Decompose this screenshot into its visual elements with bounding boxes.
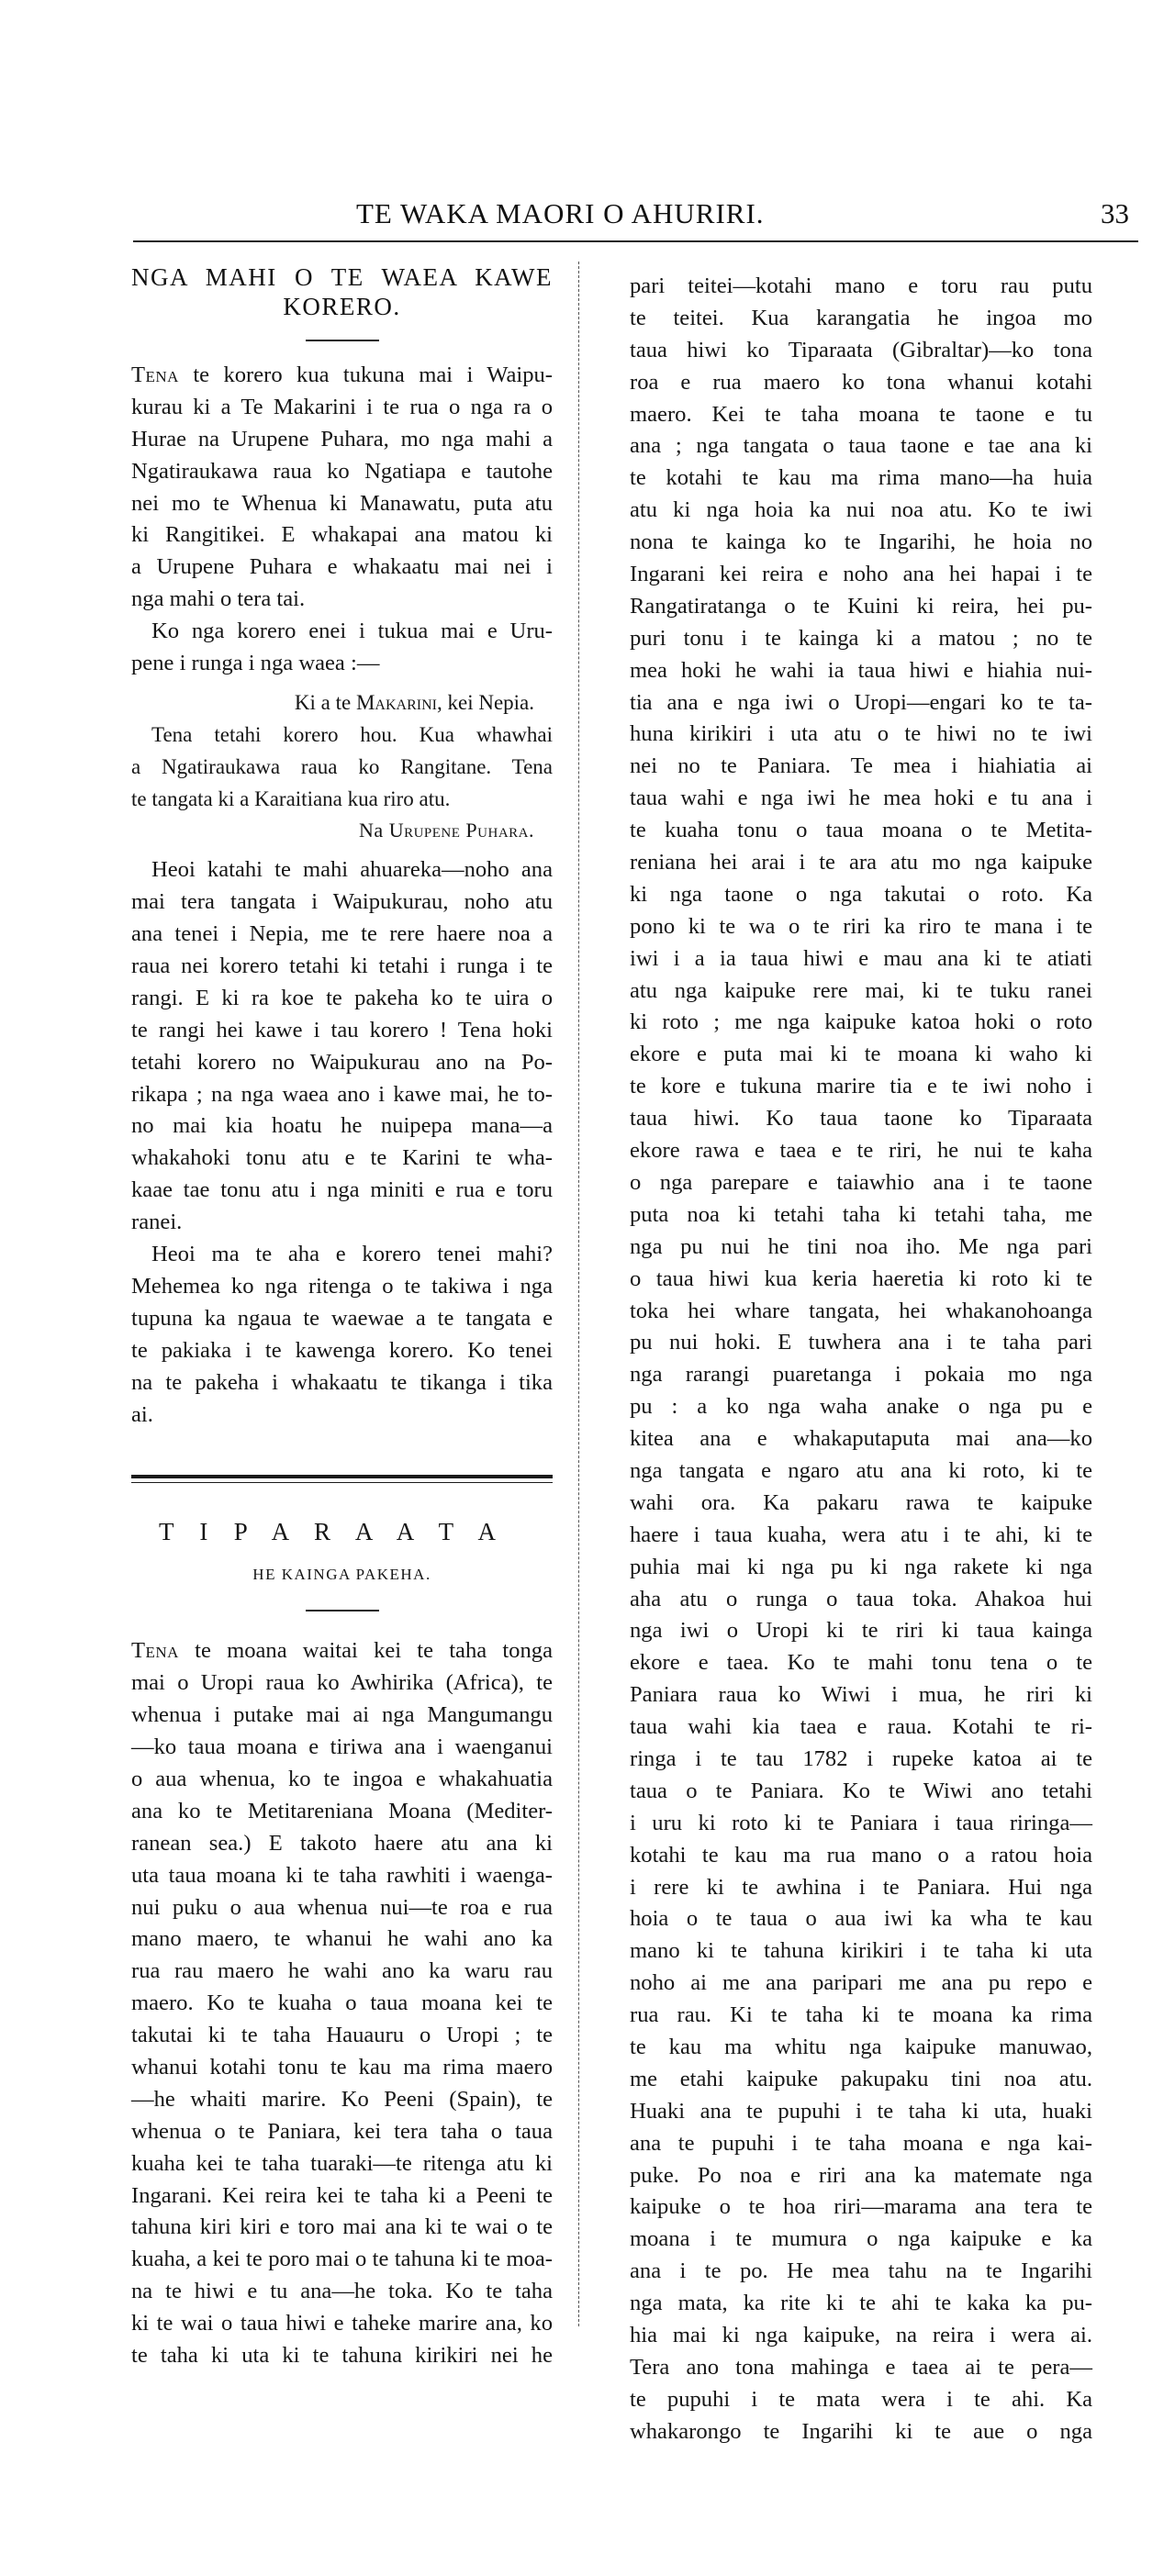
address-prefix: Ki a te [295, 691, 356, 714]
text-line: mai tera tangata i Waipukurau, noho atu [131, 887, 553, 919]
text-line: ringa i te tau 1782 i rupeke katoa ai te [630, 1744, 1092, 1776]
text-line: Rangatiratanga o te Kuini ki reira, hei … [630, 591, 1092, 623]
article-subtitle: HE KAINGA PAKEHA. [131, 1566, 553, 1584]
text-line: puhia mai ki nga pu ki nga rakete ki nga [630, 1552, 1092, 1584]
text-line: ranei. [131, 1207, 553, 1239]
text-line: aha atu o runga o taua toka. Ahakoa hui [630, 1584, 1092, 1616]
text-line: na te pakeha i whakaatu te tikanga i tik… [131, 1367, 553, 1400]
text-line: Tera ano tona mahinga e taea ai te pera— [630, 2352, 1092, 2384]
text-line: ki roto ; me nga kaipuke katoa hoki o ro… [630, 1007, 1092, 1039]
text-line: Tena tetahi korero hou. Kua whawhai [131, 719, 553, 752]
text-line: ana i te po. He mea tahu na te Ingarihi [630, 2256, 1092, 2288]
text-line: Heoi katahi te mahi ahuareka—noho ana [131, 854, 553, 887]
text-line: moana i te mumura o nga kaipuke e ka [630, 2224, 1092, 2256]
text-line: taua o te Paniara. Ko te Wiwi ano tetahi [630, 1776, 1092, 1808]
paragraph-1: Tena te korero kua tukuna mai i Waipu- k… [131, 360, 553, 616]
text-line: a Urupene Puhara e whakaatu mai nei i [131, 552, 553, 584]
text-line: roa e rua maero ko tona whanui kotahi [630, 367, 1092, 399]
text-line: te tangata ki a Karaitiana kua riro atu. [131, 784, 553, 816]
text-line: nei mo te Whenua ki Manawatu, puta atu [131, 488, 553, 520]
text-line: ana te pupuhi i te taha moana e nga kai- [630, 2128, 1092, 2160]
headline-rule [306, 340, 379, 341]
text-line: nui puku o aua whenua nui—te roa e rua [131, 1892, 553, 1924]
text-line: noho ai me ana paripari me ana pu repo e [630, 1968, 1092, 2000]
text-line: mano ki te tahuna kirikiri i te taha ki … [630, 1935, 1092, 1968]
left-column: NGA MAHI O TE WAEA KAWE KORERO. Tena te … [131, 259, 553, 2372]
text-line: rua rau maero he wahi ano ka waru rau [131, 1956, 553, 1988]
text-line: kuaha, a kei te poro mai o te tahuna ki … [131, 2244, 553, 2276]
telegram: Ki a te Makarini, kei Nepia. Tena tetahi… [131, 687, 553, 847]
text-line: uta taua moana ki te taha rawhiti i waen… [131, 1860, 553, 1892]
text-line: te teitei. Kua karangatia he ingoa mo [630, 303, 1092, 335]
text-line: puke. Po noa e riri ana ka matemate nga [630, 2160, 1092, 2192]
lead-word: Tena [131, 362, 179, 387]
text-line: kaae tae tonu atu i nga miniti e rua e t… [131, 1175, 553, 1207]
article-headline-telegraph: NGA MAHI O TE WAEA KAWE KORERO. [131, 262, 553, 321]
text-line: pono ki te wa o te riri ka riro te mana … [630, 911, 1092, 943]
text-line: ekore rawa e taea e te riri, he nui te k… [630, 1135, 1092, 1167]
text-line: raua nei korero tetahi ki tetahi i runga… [131, 951, 553, 983]
article-separator-rule [131, 1475, 553, 1483]
text-line: tetahi korero no Waipukurau ano na Po- [131, 1047, 553, 1079]
text-line: te pakiaka i te kawenga korero. Ko tenei [131, 1335, 553, 1367]
text-line: mano maero, te whanui he wahi ano ka [131, 1924, 553, 1956]
text-line: Paniara raua ko Wiwi i mua, he riri ki [630, 1679, 1092, 1712]
headline-line-1: NGA MAHI O TE WAEA KAWE [131, 262, 553, 292]
text-line: te kotahi te kau ma rima mano—ha huia [630, 463, 1092, 495]
text-line: —he whaiti marire. Ko Peeni (Spain), te [131, 2084, 553, 2116]
running-head: TE WAKA MAORI O AHURIRI. 33 [138, 197, 1138, 234]
text-line: ekore e puta mai ki te moana ki waho ki [630, 1039, 1092, 1071]
text-line: huna kirikiri i uta atu o te hiwi no te … [630, 719, 1092, 751]
text-line: o taua hiwi kua keria haeretia ki roto k… [630, 1264, 1092, 1296]
text-line: kurau ki a Te Makarini i te rua o nga ra… [131, 392, 553, 424]
text-line: te korero kua tukuna mai i Waipu- [179, 362, 553, 387]
header-rule [133, 240, 1138, 242]
text-line: taua wahi kia taea e raua. Kotahi te ri- [630, 1712, 1092, 1744]
text-line: tupuna ka ngaua te waewae a te tangata e [131, 1303, 553, 1335]
text-line: whenua i putake mai ai nga Mangumangu [131, 1700, 553, 1732]
text-line: atu nga kaipuke rere mai, ki te tuku ran… [630, 976, 1092, 1008]
text-line: pene i runga i nga waea :— [131, 648, 553, 680]
text-line: whenua o te Paniara, kei tera taha o tau… [131, 2116, 553, 2148]
text-line: rikapa ; na nga waea ano i kawe mai, he … [131, 1079, 553, 1111]
text-line: Mehemea ko nga ritenga o te takiwa i nga [131, 1271, 553, 1303]
text-line: Ingarani kei reira e noho ana hei hapai … [630, 559, 1092, 591]
text-line: whakarongo te Ingarihi ki te aue o nga [630, 2416, 1092, 2448]
text-line: toka hei whare tangata, hei whakanohoang… [630, 1296, 1092, 1328]
text-line: kotahi te kau ma rua mano o a ratou hoia [630, 1840, 1092, 1872]
text-line: o nga parepare e taiawhio ana i te taone [630, 1167, 1092, 1199]
text-line: Huaki ana te pupuhi i te taha ki uta, hu… [630, 2096, 1092, 2128]
text-line: te taha ki uta ki te tahuna kirikiri nei… [131, 2340, 553, 2372]
right-column: pari teitei—kotahi mano e toru rau putut… [630, 271, 1092, 2448]
telegram-signature: Na Urupene Puhara. [131, 815, 553, 847]
text-line: atu ki nga hoia ka nui noa atu. Ko te iw… [630, 495, 1092, 527]
telegram-address: Ki a te Makarini, kei Nepia. [131, 687, 553, 719]
text-line: taua hiwi ko Tiparaata (Gibraltar)—ko to… [630, 335, 1092, 367]
text-line: kuaha kei te taha tuaraki—te ritenga atu… [131, 2148, 553, 2180]
text-line: tia ana e nga iwi o Uropi—engari ko te t… [630, 687, 1092, 719]
text-line: ana ko te Metitareniana Moana (Mediter- [131, 1796, 553, 1828]
text-line: nga rarangi puaretanga i pokaia mo nga [630, 1359, 1092, 1391]
text-line: Ko nga korero enei i tukua mai e Uru- [131, 616, 553, 648]
text-line: iwi i a ia taua hiwi e mau ana ki te ati… [630, 943, 1092, 976]
text-line: hoia o te taua o aua iwi ka wha te kau [630, 1903, 1092, 1935]
text-line: nei no te Paniara. Te mea i hiahiatia ai [630, 751, 1092, 783]
text-line: nona te kainga ko te Ingarihi, he hoia n… [630, 527, 1092, 559]
headline-line-2: KORERO. [283, 293, 400, 320]
publication-title: TE WAKA MAORI O AHURIRI. [356, 197, 765, 230]
article-title-tiparaata: T I P A R A A T A [131, 1516, 553, 1547]
text-line: rua rau. Ki te taha ki te moana ka rima [630, 2000, 1092, 2032]
text-line: me etahi kaipuke pakupaku tini noa atu. [630, 2064, 1092, 2096]
text-line: na te hiwi e tu ana—he toka. Ko te taha [131, 2276, 553, 2308]
text-line: nga tangata e ngaro atu ana ki roto, ki … [630, 1455, 1092, 1488]
text-line: te pupuhi i te mata wera i te ahi. Ka [630, 2384, 1092, 2416]
article2-left-body: Tena te moana waitai kei te taha tonga m… [131, 1635, 553, 2371]
text-line: puta noa ki tetahi taha ki tetahi taha, … [630, 1199, 1092, 1232]
text-line: no mai kia hoatu he nuipepa mana—a [131, 1110, 553, 1143]
text-line: a Ngatiraukawa raua ko Rangitane. Tena [131, 752, 553, 784]
text-line: maero. Kei te taha moana te taone e tu [630, 399, 1092, 431]
signatory-name: Urupene Puhara. [389, 819, 534, 842]
paragraph-4: Heoi ma te aha e korero tenei mahi? Mehe… [131, 1239, 553, 1431]
text-line: te rangi hei kawe i tau korero ! Tena ho… [131, 1015, 553, 1047]
text-line: Heoi ma te aha e korero tenei mahi? [131, 1239, 553, 1271]
paragraph-3: Heoi katahi te mahi ahuareka—noho ana ma… [131, 854, 553, 1239]
text-line: Ingarani. Kei reira kei te taha ki a Pee… [131, 2180, 553, 2213]
paragraph-2: Ko nga korero enei i tukua mai e Uru- pe… [131, 616, 553, 680]
signature-prefix: Na [359, 819, 389, 842]
text-line: whanui kotahi tonu te kau ma rima maero [131, 2052, 553, 2084]
text-line: i rere ki te awhina i te Paniara. Hui ng… [630, 1872, 1092, 1904]
text-line: ki nga taone o nga takutai o roto. Ka [630, 879, 1092, 911]
page-number: 33 [1101, 197, 1129, 230]
lead-word: Tena [131, 1638, 179, 1663]
column-divider [578, 262, 579, 2326]
address-suffix: , kei Nepia. [437, 691, 534, 714]
text-line: ana tenei i Nepia, me te rere haere noa … [131, 919, 553, 951]
newspaper-page: TE WAKA MAORI O AHURIRI. 33 NGA MAHI O T… [0, 0, 1175, 2576]
text-line: nga pu nui he tini noa iho. Me nga pari [630, 1232, 1092, 1264]
text-line: —ko taua moana e tiriwa ana i waenganui [131, 1732, 553, 1764]
text-line: maero. Ko te kuaha o taua moana kei te [131, 1988, 553, 2020]
text-line: wahi ora. Ka pakaru rawa te kaipuke [630, 1488, 1092, 1520]
text-line: nga mahi o tera tai. [131, 584, 553, 616]
text-line: o aua whenua, ko te ingoa e whakahuatia [131, 1764, 553, 1796]
text-line: kitea ana e whakaputaputa mai ana—ko [630, 1423, 1092, 1455]
text-line: taua wahi e nga iwi he mea hoki e tu ana… [630, 783, 1092, 815]
text-line: haere i taua kuaha, wera atu i te ahi, k… [630, 1520, 1092, 1552]
text-line: nga mata, ka rite ki te ahi te kaka ka p… [630, 2288, 1092, 2320]
text-line: ai. [131, 1400, 553, 1432]
text-line: ana ; nga tangata o taua taone e tae ana… [630, 430, 1092, 463]
text-line: takutai ki te taha Hauauru o Uropi ; te [131, 2020, 553, 2052]
text-line: pu : a ko nga waha anake o nga pu e [630, 1391, 1092, 1423]
addressee-name: Makarini [356, 691, 437, 714]
text-line: te moana waitai kei te taha tonga [179, 1638, 553, 1663]
text-line: i uru ki roto ki te Paniara i taua ririn… [630, 1808, 1092, 1840]
text-line: te kore e tukuna marire tia e te iwi noh… [630, 1071, 1092, 1103]
text-line: hia mai ki nga kaipuke, na reira i wera … [630, 2320, 1092, 2352]
text-line: te kuaha tonu o taua moana o te Metita- [630, 815, 1092, 847]
text-line: ranean sea.) E takoto haere atu ana ki [131, 1828, 553, 1860]
text-line: ki te wai o taua hiwi e taheke marire an… [131, 2308, 553, 2340]
text-line: te kau ma whitu nga kaipuke manuwao, [630, 2032, 1092, 2064]
text-line: whakahoki tonu atu e te Karini te wha- [131, 1143, 553, 1175]
text-line: mai o Uropi raua ko Awhirika (Africa), t… [131, 1667, 553, 1700]
title-rule [306, 1610, 379, 1611]
text-line: ki Rangitikei. E whakapai ana matou ki [131, 519, 553, 552]
text-line: ekore e taea. Ko te mahi tonu tena o te [630, 1647, 1092, 1679]
text-line: rangi. E ki ra koe te pakeha ko te uira … [131, 983, 553, 1015]
text-line: reniana hei arai i te ara atu mo nga kai… [630, 847, 1092, 879]
text-line: tahuna kiri kiri e toro mai ana ki te wa… [131, 2212, 553, 2244]
text-line: Hurae na Urupene Puhara, mo nga mahi a [131, 424, 553, 456]
text-line: mea hoki he wahi ia taua hiwi e hiahia n… [630, 655, 1092, 687]
text-line: kaipuke o te hoa riri—marama ana tera te [630, 2191, 1092, 2224]
text-line: pari teitei—kotahi mano e toru rau putu [630, 271, 1092, 303]
text-line: nga iwi o Uropi ki te riri ki taua kaing… [630, 1615, 1092, 1647]
text-line: puri tonu i te kainga ki a matou ; no te [630, 623, 1092, 655]
text-line: taua hiwi. Ko taua taone ko Tiparaata [630, 1103, 1092, 1135]
text-line: Ngatiraukawa raua ko Ngatiapa e tautohe [131, 456, 553, 488]
text-line: pu nui hoki. E tuwhera ana i te taha par… [630, 1327, 1092, 1359]
